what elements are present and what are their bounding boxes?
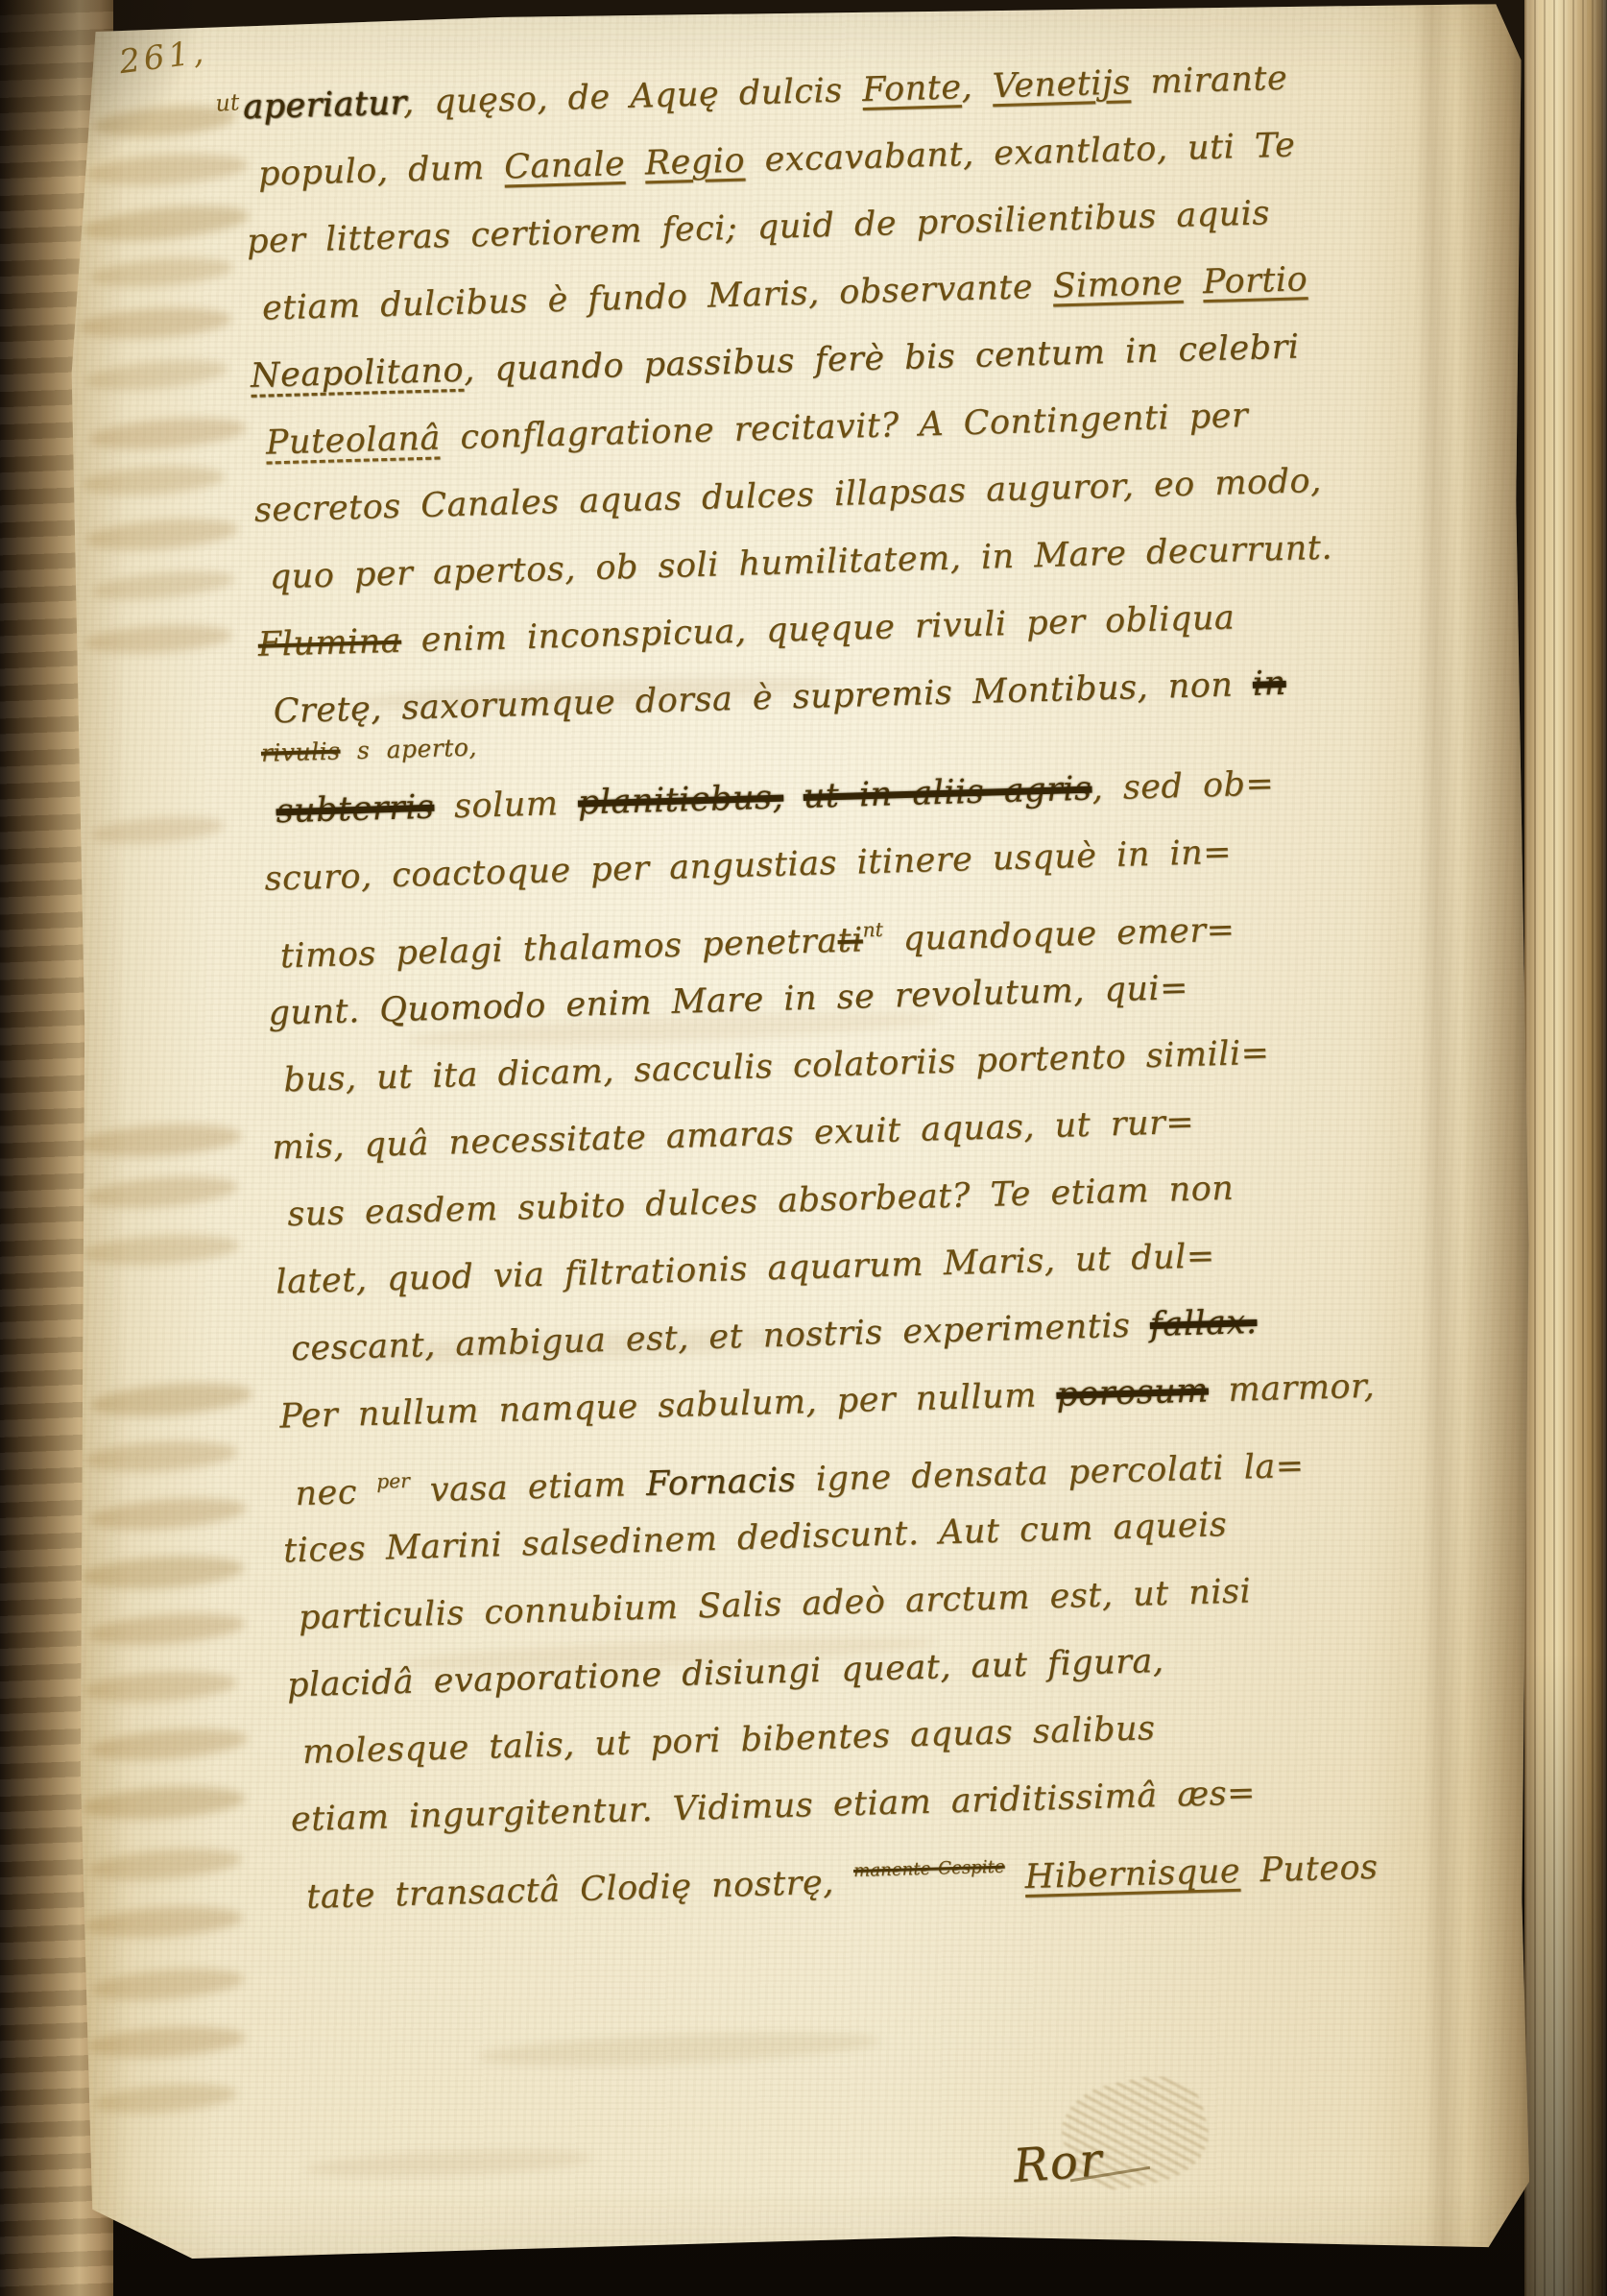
bleedthrough-smudge [87, 1493, 248, 1534]
manuscript-word-segment: ti [837, 921, 863, 960]
manuscript-word-segment: Fornacis [645, 1462, 796, 1504]
manuscript-text: aperiatur, quęso, de Aquę dulcis Fonte, … [242, 43, 1388, 1921]
bleedthrough-smudge [304, 2145, 593, 2182]
bleedthrough-smudge [84, 1438, 238, 1475]
manuscript-word-segment: cescant, ambigua est, et nostris experim… [291, 1306, 1151, 1368]
manuscript-word-segment: mis, quâ necessitate amaras exuit aquas,… [272, 1103, 1195, 1168]
manuscript-word-segment [625, 144, 646, 183]
manuscript-word-segment: Puteolanâ [265, 419, 441, 462]
manuscript-word-segment: placidâ evaporatione disiungi queat, aut… [287, 1642, 1164, 1704]
manuscript-word-segment: nec [295, 1473, 377, 1513]
manuscript-word-segment: aperiatur [243, 84, 404, 127]
bleedthrough-smudge [90, 1965, 246, 2005]
page-number: 261, [117, 33, 209, 82]
manuscript-word-segment: , quando passibus ferè bis centum in cel… [463, 327, 1300, 389]
manuscript-word-segment: populo, dum [258, 148, 505, 193]
manuscript-word-segment: Regio [644, 141, 745, 182]
manuscript-word-segment: Venetijs [992, 63, 1131, 106]
photo-background: 261, ut aperiatur, quęso, de Aquę dulcis… [0, 0, 1607, 2296]
manuscript-word-segment [1004, 1858, 1025, 1897]
manuscript-word-segment: tices Marini salsedinem dediscunt. Aut c… [283, 1506, 1228, 1570]
manuscript-word-segment: solum [434, 785, 579, 827]
manuscript-word-segment: mirante [1130, 60, 1287, 103]
manuscript-word-segment: Cretę, saxorumque dorsa è supremis Monti… [273, 665, 1253, 731]
page-edge-stack [1524, 0, 1607, 2296]
manuscript-word-segment: etiam ingurgitentur. Vidimus etiam aridi… [290, 1774, 1256, 1839]
manuscript-word-segment: Flumina [257, 622, 401, 665]
bleedthrough-smudge [81, 1553, 246, 1593]
manuscript-word-segment: Neapolitano [250, 351, 464, 396]
manuscript-word-segment: subterris [276, 788, 435, 832]
bleedthrough-smudge [90, 567, 236, 605]
bleedthrough-smudge [81, 200, 251, 246]
bleedthrough-smudge [84, 355, 229, 396]
manuscript-word-segment: Portio [1202, 260, 1307, 302]
manuscript-word-segment: manente Cespite [853, 1857, 1005, 1881]
catchword: Ror [1012, 2133, 1106, 2196]
manuscript-word-segment: vasa etiam [410, 1465, 647, 1511]
manuscript-word-segment: enim inconspicua, quęque rivuli per obli… [401, 598, 1235, 660]
manuscript-word-segment: particulis connubium Salis adeò arctum e… [299, 1572, 1252, 1637]
bleedthrough-smudge [84, 1903, 244, 1941]
manuscript-word-segment: scuro, coactoque per angustias itinere u… [264, 834, 1232, 899]
manuscript-word-segment: Puteos [1239, 1849, 1379, 1891]
manuscript-word-segment: Hibernisque [1024, 1852, 1240, 1897]
bleedthrough-smudge [84, 151, 249, 189]
margin-note: ut [215, 88, 241, 116]
bleedthrough-smudge [477, 2026, 881, 2071]
manuscript-word-segment [783, 778, 804, 817]
manuscript-word-segment: Fonte [862, 68, 962, 109]
bleedthrough-smudge [81, 463, 226, 498]
bleedthrough-smudge [84, 515, 240, 555]
manuscript-word-segment: Simone [1052, 264, 1184, 306]
manuscript-word-segment: Canale [504, 145, 626, 187]
bleedthrough-smudge [87, 413, 248, 453]
bleedthrough-smudge [84, 1172, 239, 1213]
manuscript-word-segment [1183, 263, 1204, 302]
bleedthrough-smudge [83, 1668, 237, 1705]
bleedthrough-smudge [86, 2023, 246, 2061]
bleedthrough-smudge [78, 304, 232, 342]
manuscript-word-segment: molesque talis, ut pori bibentes aquas s… [301, 1709, 1155, 1772]
manuscript-word-segment: per [376, 1469, 410, 1493]
manuscript-word-segment: tate transactâ Clodię nostrę, [306, 1863, 854, 1917]
manuscript-word-segment: planitiebus, [578, 779, 784, 823]
bleedthrough-smudge [81, 1231, 240, 1269]
manuscript-word-segment: porosum [1056, 1371, 1210, 1414]
bleedthrough-smudge [86, 1608, 247, 1649]
bleedthrough-smudge [88, 1378, 253, 1421]
manuscript-page: 261, ut aperiatur, quęso, de Aquę dulcis… [63, 4, 1540, 2268]
bleedthrough-smudge [90, 812, 227, 847]
manuscript-word-segment: fallax. [1149, 1303, 1258, 1344]
manuscript-word-segment: in [1252, 665, 1286, 704]
manuscript-word-segment: nt [862, 918, 883, 942]
manuscript-word-segment: conflagratione recitavit? A Contingenti … [440, 397, 1248, 457]
manuscript-word-segment: timos pelagi thalamos [279, 926, 702, 976]
manuscript-word-segment: ut in aliis agris [803, 770, 1092, 816]
manuscript-word-segment: , sed ob= [1091, 764, 1275, 808]
manuscript-word-segment: Per nullum namque sabulum, per nullum [279, 1376, 1057, 1437]
bleedthrough-smudge [88, 254, 234, 291]
manuscript-word-segment: excavabant, exantlato, uti Te [744, 126, 1295, 180]
bleedthrough-smudge [92, 2080, 238, 2117]
manuscript-word-segment: quandoque emer= [883, 911, 1235, 959]
bleedthrough-smudge [82, 1783, 247, 1824]
manuscript-word-segment: gunt. Quomodo enim Mare in se revolutum,… [268, 969, 1188, 1033]
bleedthrough-smudge [87, 1845, 243, 1885]
manuscript-word-segment: marmor, [1208, 1367, 1375, 1411]
manuscript-word-segment: , [961, 67, 993, 107]
manuscript-word-segment: penetra [702, 922, 839, 964]
manuscript-word-segment: latet, quod via filtrationis aquarum Mar… [276, 1237, 1215, 1301]
bleedthrough-smudge [78, 1121, 243, 1161]
manuscript-word-segment: sus easdem subito dulces absorbeat? Te e… [287, 1170, 1235, 1235]
bleedthrough-smudge [84, 621, 233, 657]
manuscript-word-segment: etiam dulcibus è fundo Maris, observante [261, 268, 1053, 328]
manuscript-word-segment: , quęso, de Aquę dulcis [402, 71, 862, 122]
bleedthrough-smudge [88, 1724, 249, 1764]
